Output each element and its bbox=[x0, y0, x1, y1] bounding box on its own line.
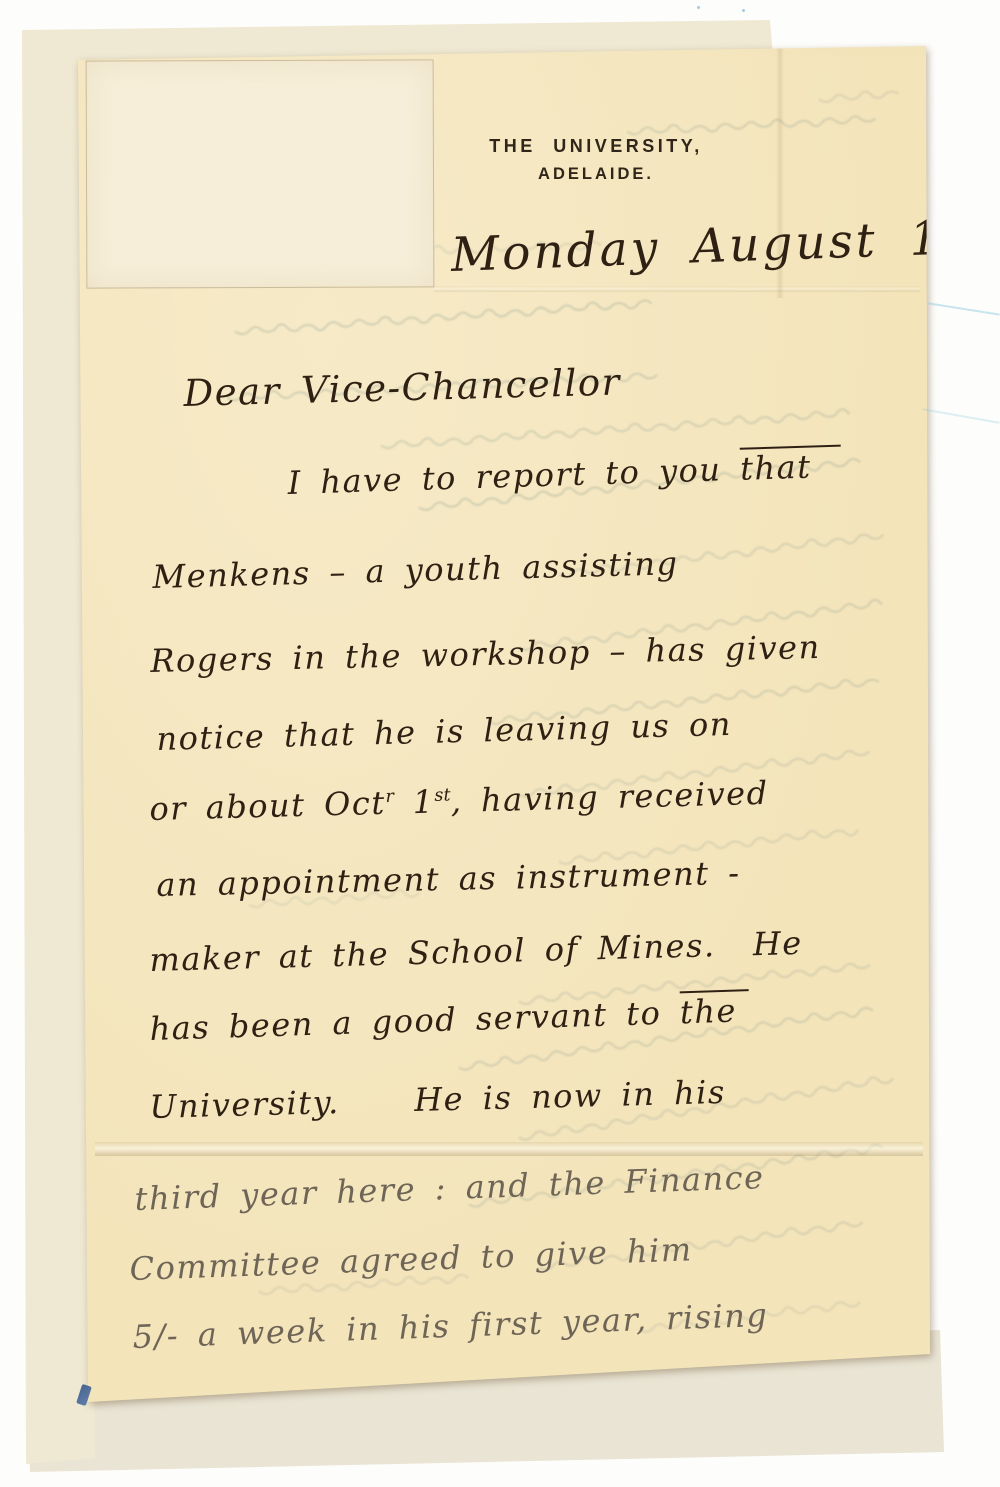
letter-page: THE UNIVERSITY, ADELAIDE. Monday August … bbox=[0, 0, 1000, 1487]
pasted-label bbox=[86, 59, 435, 288]
body-line-5-superscript-st: st bbox=[434, 785, 451, 805]
body-line-5-text: or about Oct bbox=[149, 784, 386, 828]
fold-crease-vertical bbox=[776, 48, 784, 298]
scanner-speck bbox=[742, 9, 745, 12]
letter-page-wrapper: THE UNIVERSITY, ADELAIDE. Monday August … bbox=[0, 0, 1000, 1487]
letterhead: THE UNIVERSITY, ADELAIDE. bbox=[443, 136, 749, 184]
body-line-1-overlined-word: that bbox=[739, 445, 842, 488]
letterhead-line2: ADELAIDE. bbox=[443, 165, 749, 184]
letterhead-line1: THE UNIVERSITY, bbox=[443, 136, 749, 157]
fold-crease-upper bbox=[434, 286, 920, 292]
letter-scan: THE UNIVERSITY, ADELAIDE. Monday August … bbox=[0, 0, 1000, 1487]
body-line-8-overlined-word: the bbox=[679, 989, 749, 1031]
scanner-speck bbox=[697, 6, 700, 9]
fold-crease-horizontal bbox=[95, 1142, 923, 1156]
body-line-5-number: 1 bbox=[394, 783, 436, 822]
